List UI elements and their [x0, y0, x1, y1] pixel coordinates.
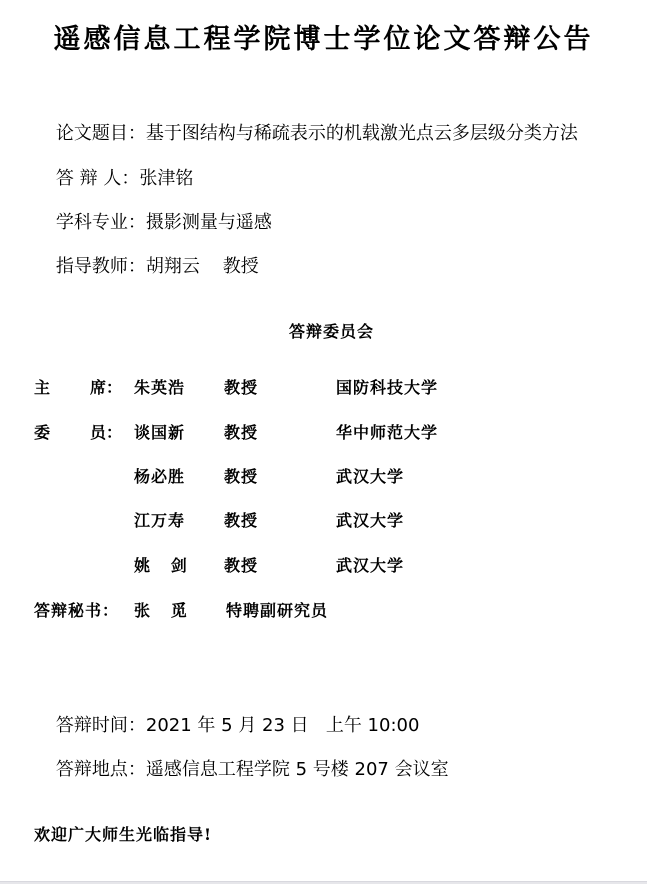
committee-role-label-part2: 席： — [90, 376, 122, 400]
committee-member-org: 武汉大学 — [336, 509, 404, 533]
secretary-name: 张 觅 — [134, 599, 188, 623]
announcement-page: 遥感信息工程学院博士学位论文答辩公告 论文题目：基于图结构与稀疏表示的机载激光点… — [0, 0, 647, 881]
committee-member-name: 江万寿 — [134, 509, 185, 533]
committee-member-org: 武汉大学 — [336, 554, 404, 578]
committee-member-name: 朱英浩 — [134, 376, 185, 400]
advisor-line: 指导教师：胡翔云 教授 — [33, 231, 259, 303]
defense-time-label: 答辩时间： — [56, 715, 146, 736]
committee-heading: 答辩委员会 — [0, 321, 647, 343]
defense-place-value: 遥感信息工程学院 5 号楼 207 会议室 — [146, 759, 449, 780]
secretary-label: 答辩秘书： — [34, 599, 119, 623]
advisor-label: 指导教师： — [56, 256, 146, 277]
committee-row-chair: 主 席： 朱英浩 教授 国防科技大学 — [0, 376, 647, 400]
committee-row-member: 江万寿 教授 武汉大学 — [0, 509, 647, 533]
major-label: 学科专业： — [56, 212, 146, 233]
committee-member-title: 教授 — [224, 421, 258, 445]
committee-row-member: 姚 剑 教授 武汉大学 — [0, 554, 647, 578]
committee-member-title: 教授 — [224, 465, 258, 489]
committee-row-member: 委 员： 谈国新 教授 华中师范大学 — [0, 421, 647, 445]
committee-member-title: 教授 — [224, 554, 258, 578]
committee-member-org: 国防科技大学 — [336, 376, 438, 400]
committee-member-name: 杨必胜 — [134, 465, 185, 489]
committee-member-title: 教授 — [224, 509, 258, 533]
thesis-title-label: 论文题目： — [56, 123, 146, 144]
committee-row-secretary: 答辩秘书： 张 觅 特聘副研究员 — [0, 599, 647, 623]
committee-member-org: 华中师范大学 — [336, 421, 438, 445]
major-value: 摄影测量与遥感 — [146, 212, 272, 233]
committee-row-member: 杨必胜 教授 武汉大学 — [0, 465, 647, 489]
advisor-value: 胡翔云 教授 — [146, 256, 259, 277]
committee-member-name: 姚 剑 — [134, 554, 188, 578]
committee-role-label-part1: 委 — [34, 421, 50, 445]
welcome-message: 欢迎广大师生光临指导! — [34, 823, 212, 847]
committee-member-org: 武汉大学 — [336, 465, 404, 489]
committee-member-title: 教授 — [224, 376, 258, 400]
committee-role-label-part2: 员： — [90, 421, 122, 445]
committee-member-name: 谈国新 — [134, 421, 185, 445]
document-title: 遥感信息工程学院博士学位论文答辩公告 — [0, 22, 647, 58]
defense-time-value: 2021 年 5 月 23 日 上午 10:00 — [146, 715, 420, 736]
defense-place-label: 答辩地点： — [56, 759, 146, 780]
defense-place-line: 答辩地点：遥感信息工程学院 5 号楼 207 会议室 — [33, 734, 449, 806]
committee-role-label-part1: 主 — [34, 376, 50, 400]
thesis-title-value: 基于图结构与稀疏表示的机载激光点云多层级分类方法 — [146, 123, 578, 144]
candidate-value: 张津铭 — [139, 168, 193, 189]
secretary-title: 特聘副研究员 — [226, 599, 328, 623]
candidate-label: 答 辩 人： — [56, 168, 139, 189]
